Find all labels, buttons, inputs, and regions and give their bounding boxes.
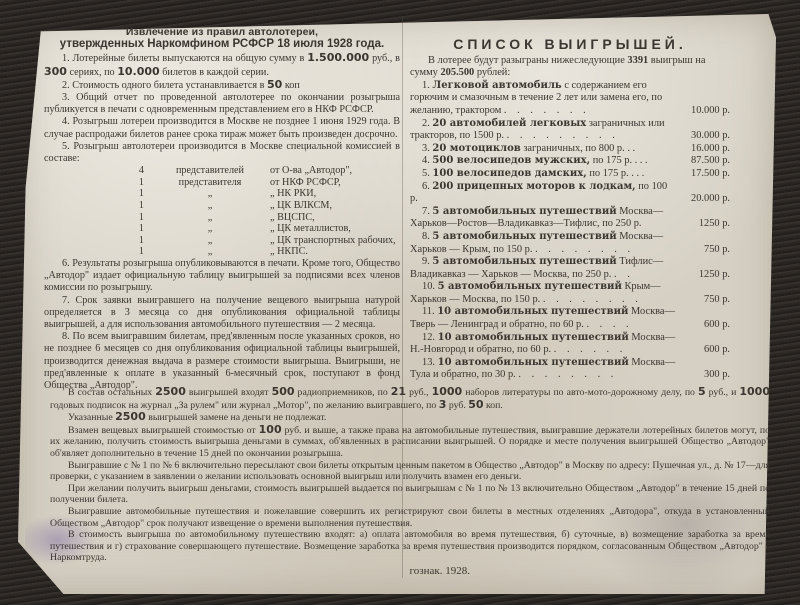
- prize-item: 6. 200 прицепных моторов к лодкам, по 10…: [410, 181, 730, 206]
- rule-2: 2. Стоимость одного билета устанавливает…: [44, 79, 400, 92]
- prize-amount: 300 р.: [674, 369, 730, 382]
- prize-amount: 1250 р.: [674, 218, 730, 231]
- prize-item: 9. 5 автомобильных путешествий Тифлис— В…: [410, 256, 730, 281]
- prize-item: 5. 100 велосипедов дамских, по 175 р. . …: [410, 168, 730, 181]
- rules-column: Извлечение из правил автолотереи, утверж…: [44, 26, 400, 392]
- additional-terms: В состав остальных 2500 выигрышей входят…: [50, 386, 770, 578]
- prize-amount: 17.500 р.: [674, 168, 730, 181]
- commission-row: 1„„ ЦК транспортных рабочих,: [44, 235, 400, 247]
- prize-amount: 1250 р.: [674, 269, 730, 282]
- prize-amount: 600 р.: [674, 344, 730, 357]
- rule-6: 6. Результаты розыгрыша опубликовываются…: [44, 258, 400, 295]
- rule-5: 5. Розыгрыш автолотереи производится в М…: [44, 141, 400, 165]
- prize-list-column: СПИСОК ВЫИГРЫШЕЙ. В лотерее будут разыгр…: [410, 38, 730, 382]
- prize-item: 12. 10 автомобильных путешествий Москва—…: [410, 332, 730, 357]
- prize-item: 13. 10 автомобильных путешествий Москва—…: [410, 357, 730, 382]
- prize-amount: 10.000 р.: [674, 105, 730, 118]
- cash-option-paragraph: Взамен вещевых выигрышей стоимостью от 1…: [50, 424, 770, 460]
- prize-amount: 750 р.: [674, 294, 730, 307]
- rule-4: 4. Розыгрыш лотереи производится в Москв…: [44, 116, 400, 140]
- rule-1: 1. Лотерейные билеты выпускаются на общу…: [44, 52, 400, 78]
- prize-list-title: СПИСОК ВЫИГРЫШЕЙ.: [410, 38, 730, 51]
- commission-row: 1„„ ЦК ВЛКСМ,: [44, 200, 400, 212]
- commission-row: 1„„ ЦК металлистов,: [44, 223, 400, 235]
- no-cash-paragraph: Указанные 2500 выигрышей замене на деньг…: [50, 411, 770, 424]
- trip-registration-paragraph: Выигравшие автомобильные путешествия и п…: [50, 506, 770, 529]
- prize-item: 4. 500 велосипедов мужских, по 175 р. . …: [410, 155, 730, 168]
- other-prizes-paragraph: В состав остальных 2500 выигрышей входят…: [50, 386, 770, 411]
- commission-row: 1„„ НКПС.: [44, 246, 400, 258]
- prize-item: 1. Легковой автомобиль с содержанием его…: [410, 80, 730, 118]
- prize-intro: В лотерее будут разыграны нижеследующие …: [410, 55, 730, 80]
- rules-heading-line2: утвержденных Наркомфином РСФСР 18 июля 1…: [44, 38, 400, 50]
- prize-amount: 16.000 р.: [674, 143, 730, 156]
- rule-3: 3. Общий отчет по проведенной автолотере…: [44, 92, 400, 116]
- commission-list: 4представителейот О-ва „Автодор", 1предс…: [44, 165, 400, 258]
- mailing-paragraph: Выигравшие с № 1 по № 6 включительно пер…: [50, 460, 770, 483]
- prize-amount: 750 р.: [674, 244, 730, 257]
- prize-amount: 30.000 р.: [674, 130, 730, 143]
- cash-payout-paragraph: При желании получить выигрыш деньгами, с…: [50, 483, 770, 506]
- prize-item: 3. 20 мотоциклов заграничных, по 800 р. …: [410, 143, 730, 156]
- commission-row: 1представителяот НКФ РСФСР,: [44, 177, 400, 189]
- commission-row: 1„„ НК РКИ,: [44, 188, 400, 200]
- prize-item: 8. 5 автомобильных путешествий Москва— Х…: [410, 231, 730, 256]
- prize-amount: 600 р.: [674, 319, 730, 332]
- prize-item: 11. 10 автомобильных путешествий Москва—…: [410, 306, 730, 331]
- trip-cost-paragraph: В стоимость выигрыша по автомобильному п…: [50, 529, 770, 564]
- prize-amount: 87.500 р.: [674, 155, 730, 168]
- prize-item: 2. 20 автомобилей легковых заграничных и…: [410, 118, 730, 143]
- rule-8: 8. По всем выигравшим билетам, пред'явле…: [44, 331, 400, 392]
- prize-item: 7. 5 автомобильных путешествий Москва— Х…: [410, 206, 730, 231]
- printer-signature: гознак. 1928.: [50, 566, 770, 578]
- commission-row: 4представителейот О-ва „Автодор",: [44, 165, 400, 177]
- commission-row: 1„„ ВЦСПС,: [44, 212, 400, 224]
- rules-heading-line1: Извлечение из правил автолотереи,: [44, 26, 400, 38]
- rule-7: 7. Срок заявки выигравшего на получение …: [44, 295, 400, 332]
- prize-item: 10. 5 автомобильных путешествий Крым— Ха…: [410, 281, 730, 306]
- prize-amount: 20.000 р.: [674, 193, 730, 206]
